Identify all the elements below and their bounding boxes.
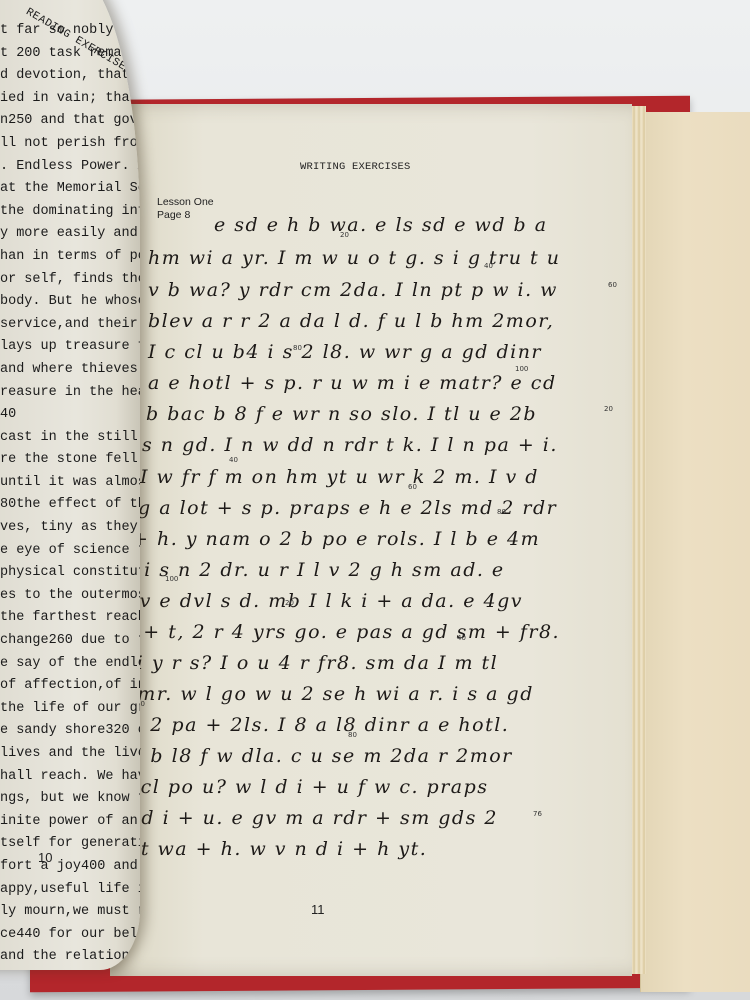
word-count-mark: 76	[533, 810, 542, 818]
text-line: hall reach. We have no	[0, 766, 140, 789]
word-count-mark: 20	[285, 599, 294, 607]
handwriting-line: f I cl po u? w l d i + u f w c. praps	[108, 776, 489, 798]
reading-exercise-text: READING EXERCISES t far so nobly advance…	[0, 0, 140, 969]
text-line: e sandy shore320 of your life	[0, 720, 140, 743]
text-line: lays up treasure for 300	[0, 336, 140, 359]
back-flyleaf	[640, 112, 750, 992]
page-number-left: 10	[38, 850, 52, 865]
lesson-label: Lesson One Page 8	[157, 196, 214, 222]
text-line: and where thieves do not	[0, 359, 140, 382]
handwriting-line: blev a r r 2 a da l d. f u l b hm 2mor,	[148, 310, 554, 332]
handwriting-line: w l b l8 f w dla. c u se m 2da r 2mor	[110, 745, 513, 767]
text-line: n250 and that government of	[0, 110, 140, 133]
word-count-mark: 80	[497, 508, 506, 516]
text-line: the farthest reach of human	[0, 607, 140, 630]
word-count-mark: 40	[229, 456, 238, 464]
text-line: ngs, but we know that 350	[0, 788, 140, 811]
text-line: appy,useful life is ended	[0, 879, 140, 902]
page-number-right: 11	[311, 902, 325, 917]
word-count-mark: 80	[348, 731, 357, 739]
handwriting-line: s i y r s? I o u 4 r fr8. sm da I m tl	[118, 652, 498, 674]
handwriting-line: I w fr f m on hm yt u wr k 2 m. I v d	[140, 466, 539, 488]
lesson-name: Lesson One	[157, 196, 214, 209]
page-title: WRITING EXERCISES	[300, 161, 411, 173]
handwriting-line: v b wa? y rdr cm 2da. I ln pt p w i. w	[148, 279, 558, 301]
text-line: . Endless Power. Address by	[0, 156, 140, 179]
handwriting-line: sm 2 pa + 2ls. I 8 a l8 dinr a e hotl.	[112, 714, 509, 736]
text-line: change260 due to that stone	[0, 630, 140, 653]
text-line: the dominating influence in	[0, 201, 140, 224]
text-line: or self, finds those efforts	[0, 269, 140, 292]
page-reference: Page 8	[157, 209, 214, 222]
word-count-mark: 40	[457, 634, 466, 642]
word-count-mark: 60	[408, 483, 417, 491]
handwriting-line: e l d i + u. e gv m a rdr + sm gds 2	[106, 807, 498, 829]
text-line: es to the outermost edge of	[0, 585, 140, 608]
word-count-mark: 20	[604, 405, 613, 413]
text-line: the life of our great teacher	[0, 698, 140, 721]
text-line: cast in the still water,	[0, 427, 140, 450]
text-line: body. But he whose life is	[0, 291, 140, 314]
text-line: han in terms of possession.	[0, 246, 140, 269]
handwriting-line: gv e dvl s d. mb I l k i + a da. e 4gv	[126, 590, 523, 612]
text-line: and the relationship between	[0, 946, 140, 969]
word-count-mark: 20	[340, 231, 349, 239]
text-line: ied in vain; that this nation	[0, 88, 140, 111]
handwriting-line: s n gd. I n w dd n rdr t k. I l n pa + i…	[142, 434, 558, 456]
text-line: e say of the endless power	[0, 653, 140, 676]
text-line: ce440 for our beloved teacher	[0, 924, 140, 947]
handwriting-line: e sd e h b wa. e ls sd e wd b a	[214, 214, 548, 236]
handwriting-line: a e hotl + s p. r u w m i e matr? e cd	[148, 372, 557, 394]
handwriting-line: h + t, 2 r 4 yrs go. e pas a gd sm + fr8…	[122, 621, 560, 643]
text-line: lives and the lives of	[0, 743, 140, 766]
handwriting-line: b bac b 8 f e wr n so slo. I tl u e 2b	[146, 403, 537, 425]
left-page-curled: READING EXERCISES t far so nobly advance…	[0, 0, 140, 970]
word-count-mark: 100	[515, 365, 528, 373]
text-line: e eye of science tells you	[0, 540, 140, 563]
word-count-mark: 40	[484, 262, 493, 270]
text-line: t 200 task remaining before us	[0, 43, 140, 66]
text-line: 80the effect of that stone	[0, 494, 140, 517]
text-line: reasure in the hearts of	[0, 382, 140, 405]
handwriting-line: u mr. w l go w u 2 se h wi a r. i s a gd	[116, 683, 534, 705]
text-line: tself for generations of	[0, 833, 140, 856]
handwriting-line: g a lot + s p. praps e h e 2ls md 2 rdr	[138, 497, 557, 519]
text-line: y more easily and more accur	[0, 223, 140, 246]
text-line: ly mourn,we must rejoice	[0, 901, 140, 924]
text-line: inite power of an endless	[0, 811, 140, 834]
handwriting-line: hm wi a yr. I m w u o t g. s i g tru t u	[148, 247, 560, 269]
handwriting-line: I c cl u b4 i s 2 l8. w wr g a gd dinr	[148, 341, 542, 363]
text-line: re the stone fell out towards	[0, 449, 140, 472]
text-line: until it was almost invisible	[0, 472, 140, 495]
text-line: at the Memorial Service for	[0, 178, 140, 201]
text-line: ves, tiny as they were, 220	[0, 517, 140, 540]
text-line: ll not perish from the earth.	[0, 133, 140, 156]
word-count-mark: 60	[608, 281, 617, 289]
handwriting-line: b pt wa + h. w v n d i + h yt.	[106, 838, 427, 860]
text-line: physical constitution of	[0, 562, 140, 585]
text-line: 40	[0, 404, 140, 427]
word-count-mark: 80	[293, 344, 302, 352]
text-line: d devotion, that we here highly	[0, 65, 140, 88]
word-count-mark: 100	[165, 575, 178, 583]
text-line: of affection,of influence	[0, 675, 140, 698]
text-line: fort a joy400 and of labor	[0, 856, 140, 879]
text-line: t far so nobly advanced. It is	[0, 20, 140, 43]
text-line: service,and their good, gives	[0, 314, 140, 337]
handwriting-line: + h. y nam o 2 b po e rols. I l b e 4m	[132, 528, 540, 550]
handwriting-line: f i s n 2 dr. u r I l v 2 g h sm ad. e	[128, 559, 505, 581]
